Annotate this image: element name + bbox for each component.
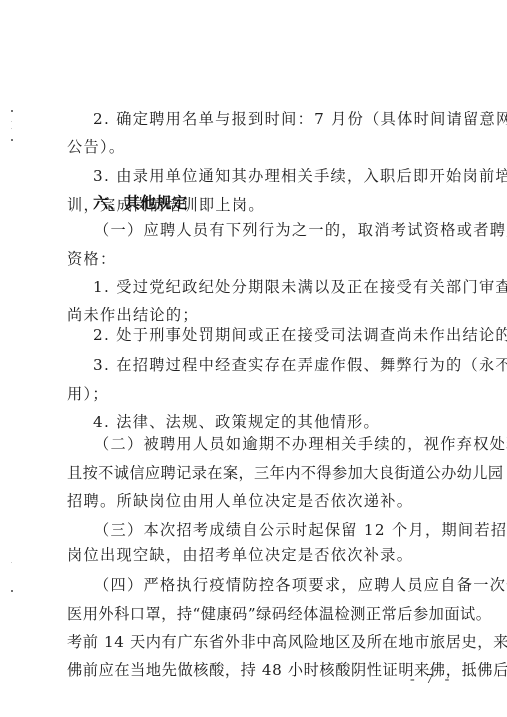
paragraph-line: 资格： [67,249,447,269]
paragraph-line: 公告）。 [67,137,447,157]
scan-speck [11,110,13,112]
paragraph-line: 招聘。所缺岗位由用人单位决定是否依次递补。 [67,491,447,511]
paragraph-line: 尚未作出结论的； [67,305,447,325]
paragraph-line: 考前 14 天内有广东省外非中高风险地区及所在地市旅居史，来 [67,632,447,652]
paragraph-line: 医用外科口罩，持“健康码”绿码经体温检测正常后参加面试。 [67,604,447,624]
paragraph-line: 2. 处于刑事处罚期间或正在接受司法调查尚未作出结论的； [93,325,447,345]
paragraph-line: （三）本次招考成绩自公示时起保留 12 个月，期间若招考 [94,520,474,540]
scan-speck [11,562,12,563]
section-heading: 六、其他规定 [93,193,447,213]
paragraph-line: （一）应聘人员有下列行为之一的，取消考试资格或者聘用 [94,220,474,240]
scan-speck [11,590,13,592]
paragraph-line: （四）严格执行疫情防控各项要求，应聘人员应自备一次性 [94,575,474,595]
scan-speck [11,139,13,141]
paragraph-line: 2. 确定聘用名单与报到时间：7 月份（具体时间请留意网上 [93,109,447,129]
paragraph-line: 用）； [67,384,447,404]
paragraph-line: （二）被聘用人员如逾期不办理相关手续的，视作弃权处理， [94,434,474,454]
paragraph-line: 4. 法律、法规、政策规定的其他情形。 [93,412,447,432]
paragraph-line: 1. 受过党纪政纪处分期限未满以及正在接受有关部门审查 [93,277,447,297]
paragraph-line: 佛前应在当地先做核酸，持 48 小时核酸阴性证明来佛，抵佛后 [67,660,447,680]
paragraph-line: 3. 在招聘过程中经查实存在弄虚作假、舞弊行为的（永不录 [93,355,447,375]
document-page: 2. 确定聘用名单与报到时间：7 月份（具体时间请留意网上 公告）。 3. 由录… [0,0,507,717]
scan-speck [11,128,12,129]
paragraph-line: 且按不诚信应聘记录在案，三年内不得参加大良街道公办幼儿园 [67,463,447,483]
scan-speck [11,121,12,122]
page-number: - 7 - [410,672,453,688]
paragraph-line: 3. 由录用单位通知其办理相关手续，入职后即开始岗前培 [93,166,447,186]
paragraph-line: 岗位出现空缺，由招考单位决定是否依次补录。 [67,545,447,565]
